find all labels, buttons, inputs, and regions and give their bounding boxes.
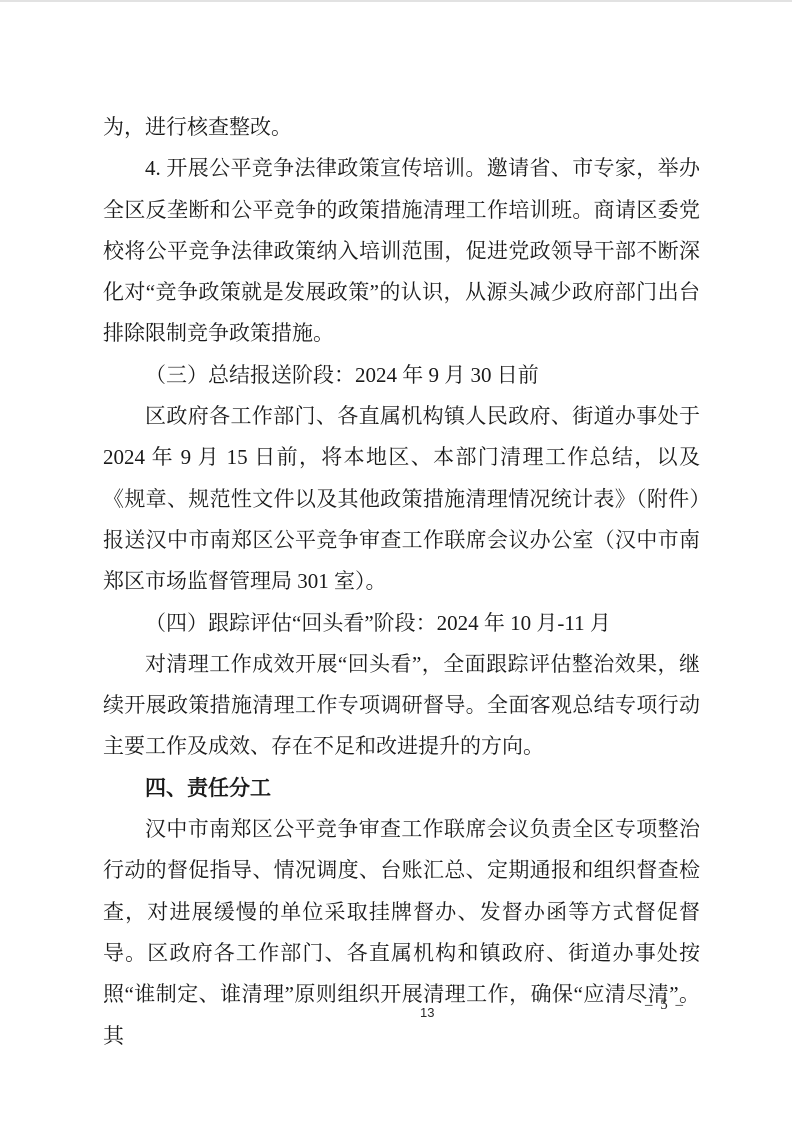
heading-stage-4-look-back: （四）跟踪评估“回头看”阶段：2024 年 10 月-11 月 bbox=[103, 603, 700, 644]
heading-section-4-responsibility: 四、责任分工 bbox=[103, 768, 700, 809]
paragraph-responsibility-detail: 汉中市南郑区公平竞争审查工作联席会议负责全区专项整治行动的督促指导、情况调度、台… bbox=[103, 809, 700, 1057]
paragraph-continuation: 为，进行核查整改。 bbox=[103, 107, 700, 148]
document-body: 为，进行核查整改。 4. 开展公平竞争法律政策宣传培训。邀请省、市专家，举办全区… bbox=[103, 107, 700, 1057]
document-page: 为，进行核查整改。 4. 开展公平竞争法律政策宣传培训。邀请省、市专家，举办全区… bbox=[0, 0, 792, 1121]
heading-stage-3-summary-report: （三）总结报送阶段：2024 年 9 月 30 日前 bbox=[103, 355, 700, 396]
page-number: – 5 – bbox=[645, 997, 685, 1014]
sheet-number: 13 bbox=[420, 1005, 434, 1020]
page-top-edge-divider bbox=[0, 0, 792, 2]
paragraph-stage-3-detail: 区政府各工作部门、各直属机构镇人民政府、街道办事处于 2024 年 9 月 15… bbox=[103, 396, 700, 602]
paragraph-stage-4-detail: 对清理工作成效开展“回头看”，全面跟踪评估整治效果，继续开展政策措施清理工作专项… bbox=[103, 644, 700, 768]
paragraph-item-4-training: 4. 开展公平竞争法律政策宣传培训。邀请省、市专家，举办全区反垄断和公平竞争的政… bbox=[103, 148, 700, 354]
